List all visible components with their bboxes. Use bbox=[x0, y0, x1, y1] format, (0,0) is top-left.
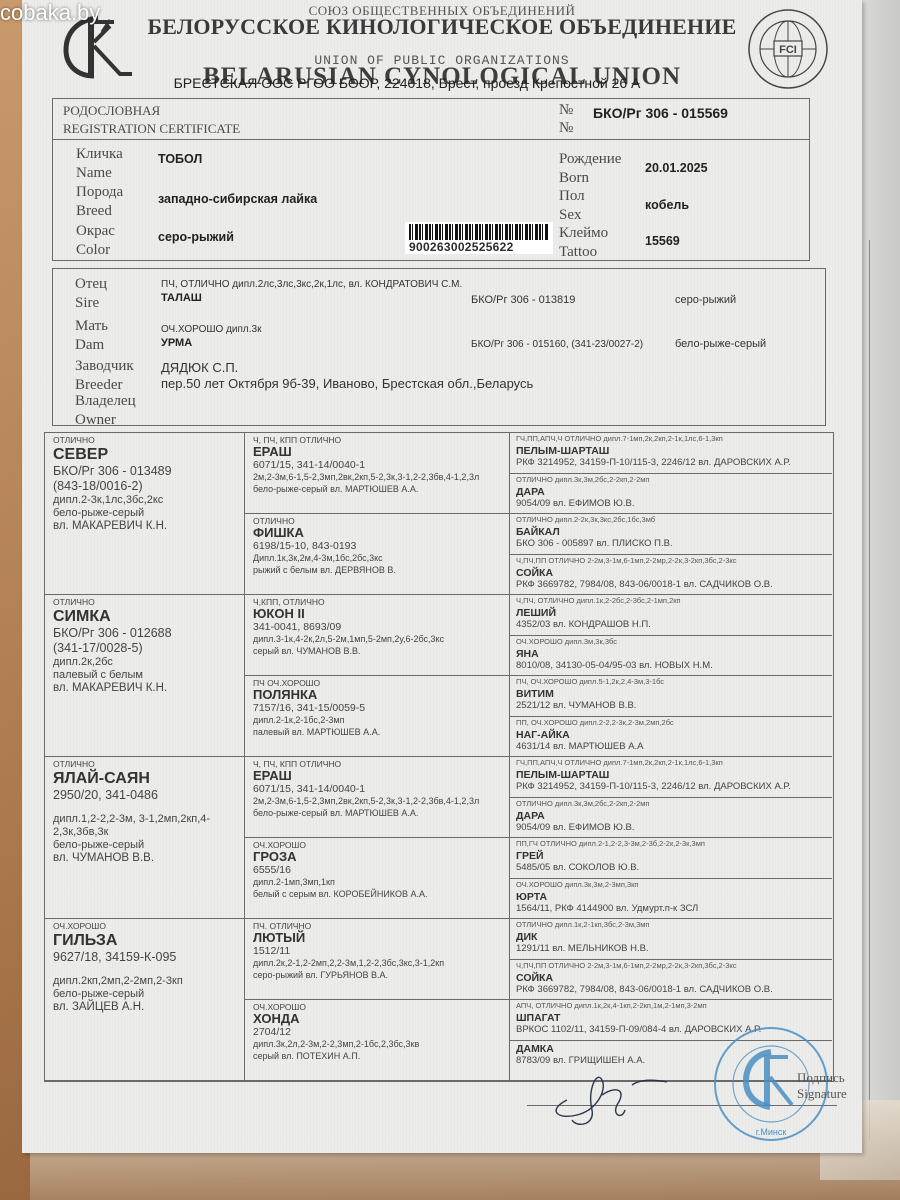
pedigree-gen2-cell: Ч,КПП, ОТЛИЧНО ЮКОН II 341-0041, 8693/09… bbox=[245, 595, 510, 676]
dog-registration-owner: 9054/09 вл. ЕФИМОВ Ю.В. bbox=[516, 822, 826, 833]
dog-diplomas: дипл.3к,2л,2-3м,2-2,3мп,2-1бс,2,3бс,3кв bbox=[253, 1038, 501, 1050]
dog-name: ЕРАШ bbox=[253, 769, 501, 783]
dog-titles: ОЧ.ХОРОШО дипл.3м,3к,3бс bbox=[516, 637, 826, 647]
dog-color-owner: белый с серым вл. КОРОБЕЙНИКОВ А.А. bbox=[253, 888, 501, 900]
dog-name: ЮРТА bbox=[516, 891, 826, 903]
dog-titles: ПЧ, ОЧ.ХОРОШО дипл.5-1,2к,2,4-3м,3-1бс bbox=[516, 677, 826, 687]
dog-color-owner: серый вл. ПОТЕХИН А.П. bbox=[253, 1050, 501, 1062]
dog-color-owner: серый вл. ЧУМАНОВ В.В. bbox=[253, 645, 501, 657]
dog-diplomas: дипл.2-1к,2-1бс,2-3мп bbox=[253, 714, 501, 726]
dog-registration: 6071/15, 341-14/0040-1 bbox=[253, 783, 501, 795]
dog-titles: ОТЛИЧНО дипл.2-2к,3к,3кс,2бс,1бс,3мб bbox=[516, 515, 826, 525]
dog-titles: ОЧ.ХОРОШО bbox=[53, 921, 236, 931]
dam-name: УРМА bbox=[161, 337, 192, 349]
dog-registration-owner: РКФ 3669782, 7984/08, 843-06/0018-1 вл. … bbox=[516, 984, 826, 995]
dog-registration-owner: РКФ 3669782, 7984/08, 843-06/0018-1 вл. … bbox=[516, 579, 826, 590]
dog-name: ГРЕЙ bbox=[516, 850, 826, 862]
dog-diplomas: дипл.2к,2-1,2-2мп,2,2-3м,1,2-2,3бс,3кс,3… bbox=[253, 957, 501, 969]
dog-registration-owner: 1564/11, РКФ 4144900 вл. Удмурт.п-к ЗСЛ bbox=[516, 903, 826, 914]
pedigree-gen3-cell: ГЧ,ПП,АПЧ,Ч ОТЛИЧНО дипл.7-1мп,2к,2кп,2-… bbox=[510, 757, 832, 798]
pedigree-gen3-cell: ПП, ОЧ.ХОРОШО дипл.2-2,2-3к,2-3м,2мп,2бс… bbox=[510, 717, 832, 758]
pedigree-gen3-cell: ОТЛИЧНО дипл.1к,2-1кп,3бс,2-3м,3мп ДИК 1… bbox=[510, 919, 832, 960]
certificate-title-box: РОДОСЛОВНАЯ REGISTRATION CERTIFICATE № №… bbox=[52, 98, 810, 140]
dog-registration: 6198/15-10, 843-0193 bbox=[253, 540, 501, 552]
dam-registration: БКО/Рг 306 - 015160, (341-23/0027-2) bbox=[471, 339, 643, 350]
pedigree-gen2-cell: Ч, ПЧ, КПП ОТЛИЧНО ЕРАШ 6071/15, 341-14/… bbox=[245, 757, 510, 838]
dog-registration-owner: РКФ 3214952, 34159-П-10/115-3, 2246/12 в… bbox=[516, 457, 826, 468]
dog-registration-owner: БКО 306 - 005897 вл. ПЛИСКО П.В. bbox=[516, 538, 826, 549]
dog-registration: 2950/20, 341-0486 bbox=[53, 788, 236, 803]
dog-name: СЕВЕР bbox=[53, 446, 236, 464]
dog-name: ФИШКА bbox=[253, 526, 501, 540]
dog-registration-owner: 9054/09 вл. ЕФИМОВ Ю.В. bbox=[516, 498, 826, 509]
pedigree-gen1-cell: ОТЛИЧНО СЕВЕР БКО/Рг 306 - 013489 (843-1… bbox=[45, 433, 245, 595]
certificate-number: БКО/Рг 306 - 015569 bbox=[593, 105, 728, 121]
dog-diplomas: дипл.2к,2бс bbox=[53, 656, 236, 669]
pedigree-gen3-cell: ОТЛИЧНО дипл.2-2к,3к,3кс,2бс,1бс,3мб БАЙ… bbox=[510, 514, 832, 555]
dog-registration-owner: РКФ 3214952, 34159-П-10/115-3, 2246/12 в… bbox=[516, 781, 826, 792]
pedigree-table: ОТЛИЧНО СЕВЕР БКО/Рг 306 - 013489 (843-1… bbox=[44, 432, 834, 1082]
pedigree-gen3-cell: Ч,ПЧ, ОТЛИЧНО дипл.1к,2-2бс,2-3бс,2-1мп,… bbox=[510, 595, 832, 636]
pedigree-gen1-cell: ОЧ.ХОРОШО ГИЛЬЗА 9627/18, 34159-К-095 ди… bbox=[45, 919, 245, 1081]
pedigree-gen3-cell: ГЧ,ПП,АПЧ,Ч ОТЛИЧНО дипл.7-1мп,2к,2кп,2-… bbox=[510, 433, 832, 474]
signature-label: ПодписьSignature bbox=[797, 1070, 847, 1102]
dog-name: ДИК bbox=[516, 931, 826, 943]
sire-label: ОтецSire bbox=[75, 275, 107, 313]
dog-sex: кобель bbox=[645, 198, 689, 212]
dog-color-owner: рыжий с белым вл. ДЕРВЯНОВ В. bbox=[253, 564, 501, 576]
organization-address: БРЕСТСКАЯ ООС РГОО БООР, 224018, Брест, … bbox=[107, 75, 707, 91]
pedigree-gen3-cell: Ч,ПЧ,ПП ОТЛИЧНО 2-2м,3-1м,6-1мп,2-2мр,2-… bbox=[510, 555, 832, 596]
dog-registration-owner: 5485/05 вл. СОКОЛОВ Ю.В. bbox=[516, 862, 826, 873]
dog-name: ВИТИМ bbox=[516, 688, 826, 700]
dog-registration-owner: 4631/14 вл. МАРТЮШЕВ А.А bbox=[516, 741, 826, 752]
dog-name: ДАРА bbox=[516, 486, 826, 498]
dog-registration: 6071/15, 341-14/0040-1 bbox=[253, 459, 501, 471]
dog-color: бело-рыже-серый bbox=[53, 839, 236, 852]
pedigree-gen2-cell: ОЧ.ХОРОШО ГРОЗА 6555/16 дипл.2-1мп,3мп,1… bbox=[245, 838, 510, 919]
pedigree-gen2-cell: ПЧ ОЧ.ХОРОШО ПОЛЯНКА 7157/16, 341-15/005… bbox=[245, 676, 510, 757]
dog-tattoo: 15569 bbox=[645, 234, 680, 248]
number-label-en: № bbox=[559, 119, 573, 138]
pedigree-gen3-cell: ПЧ, ОЧ.ХОРОШО дипл.5-1,2к,2,4-3м,3-1бс В… bbox=[510, 676, 832, 717]
dog-name: ТОБОЛ bbox=[158, 152, 202, 166]
dog-name: ПЕЛЫМ-ШАРТАШ bbox=[516, 445, 826, 457]
breeder-address: пер.50 лет Октября 9б-39, Иваново, Брест… bbox=[161, 376, 533, 392]
dog-name: ДАРА bbox=[516, 810, 826, 822]
chip-number: 900263002525622 bbox=[409, 240, 549, 254]
dam-color: бело-рыже-серый bbox=[675, 338, 766, 350]
dog-titles: ОТЛИЧНО bbox=[53, 597, 236, 607]
dog-titles: ОТЛИЧНО bbox=[53, 435, 236, 445]
dog-name: ЯЛАЙ-САЯН bbox=[53, 770, 236, 788]
pedigree-gen3-cell: ПП,ГЧ ОТЛИЧНО дипл.2-1,2-2,3-3м,2-3б,2-2… bbox=[510, 838, 832, 879]
dog-titles: ОТЛИЧНО bbox=[53, 759, 236, 769]
dog-name: СОЙКА bbox=[516, 567, 826, 579]
dog-titles: ОТЛИЧНО дипл.1к,2-1кп,3бс,2-3м,3мп bbox=[516, 920, 826, 930]
dog-owner: вл. ЗАЙЦЕВ А.Н. bbox=[53, 1001, 236, 1014]
dog-registration-owner: 1291/11 вл. МЕЛЬНИКОВ Н.В. bbox=[516, 943, 826, 954]
parents-box: ОтецSire ПЧ, ОТЛИЧНО дипл.2лс,3лс,3кс,2к… bbox=[52, 268, 826, 426]
pedigree-gen3-cell: ОЧ.ХОРОШО дипл.3к,3м,2-3мп,3кп ЮРТА 1564… bbox=[510, 879, 832, 920]
dog-registration-owner: 4352/03 вл. КОНДРАШОВ Н.П. bbox=[516, 619, 826, 630]
dog-owner: вл. МАКАРЕВИЧ К.Н. bbox=[53, 520, 236, 533]
pedigree-gen1-cell: ОТЛИЧНО ЯЛАЙ-САЯН 2950/20, 341-0486 дипл… bbox=[45, 757, 245, 919]
color-label: ОкрасColor bbox=[76, 222, 115, 260]
pedigree-gen3-cell: ОТЛИЧНО дипл.3к,3м,2бс,2-2кп,2-2мп ДАРА … bbox=[510, 798, 832, 839]
dog-titles: ГЧ,ПП,АПЧ,Ч ОТЛИЧНО дипл.7-1мп,2к,2кп,2-… bbox=[516, 434, 826, 444]
sex-label: ПолSex bbox=[559, 187, 585, 225]
chip-barcode: 900263002525622 bbox=[405, 222, 553, 254]
dog-registration: БКО/Рг 306 - 012688 bbox=[53, 626, 236, 641]
dog-titles: ПП,ГЧ ОТЛИЧНО дипл.2-1,2-2,3-3м,2-3б,2-2… bbox=[516, 839, 826, 849]
dog-registration: 7157/16, 341-15/0059-5 bbox=[253, 702, 501, 714]
sire-titles: ПЧ, ОТЛИЧНО дипл.2лс,3лс,3кс,2к,1лс, вл.… bbox=[161, 279, 462, 290]
dog-registration: 9627/18, 34159-К-095 bbox=[53, 950, 236, 965]
number-label: № bbox=[559, 101, 573, 120]
dog-name: ПЕЛЫМ-ШАРТАШ bbox=[516, 769, 826, 781]
dog-info-box: КличкаName ТОБОЛ ПородаBreed западно-сиб… bbox=[52, 139, 810, 261]
dog-name: СИМКА bbox=[53, 608, 236, 626]
pedigree-gen2-cell: ОТЛИЧНО ФИШКА 6198/15-10, 843-0193 Дипл.… bbox=[245, 514, 510, 595]
dog-registration-owner: 8010/08, 34130-05-04/95-03 вл. НОВЫХ Н.М… bbox=[516, 660, 826, 671]
dog-name: ГИЛЬЗА bbox=[53, 932, 236, 950]
dog-name: ЛЕШИЙ bbox=[516, 607, 826, 619]
dog-titles: ОТЛИЧНО дипл.3к,3м,2бс,2-2кп,2-2мп bbox=[516, 799, 826, 809]
dog-registration: 6555/16 bbox=[253, 864, 501, 876]
dog-registration-owner: 2521/12 вл. ЧУМАНОВ В.В. bbox=[516, 700, 826, 711]
dog-registration: 341-0041, 8693/09 bbox=[253, 621, 501, 633]
dog-titles: ПП, ОЧ.ХОРОШО дипл.2-2,2-3к,2-3м,2мп,2бс bbox=[516, 718, 826, 728]
dog-registration: БКО/Рг 306 - 013489 bbox=[53, 464, 236, 479]
dam-titles: ОЧ.ХОРОШО дипл.3к bbox=[161, 324, 261, 335]
dog-registration: 1512/11 bbox=[253, 945, 501, 957]
dog-color: серо-рыжий bbox=[158, 230, 234, 244]
sire-color: серо-рыжий bbox=[675, 294, 736, 306]
dog-owner: вл. МАКАРЕВИЧ К.Н. bbox=[53, 682, 236, 695]
owner-label: ВладелецOwner bbox=[75, 392, 136, 430]
dog-name: СОЙКА bbox=[516, 972, 826, 984]
breeder-name: ДЯДЮК С.П. bbox=[161, 360, 533, 376]
dog-titles: ОТЛИЧНО дипл.3к,3м,2бс,2-2кп,2-2мп bbox=[516, 475, 826, 485]
certificate-title-en: REGISTRATION CERTIFICATE bbox=[63, 119, 240, 138]
dog-diplomas: дипл.2кп,2мп,2-2мп,2-3кп bbox=[53, 975, 236, 988]
pedigree-gen3-cell: ОЧ.ХОРОШО дипл.3м,3к,3бс ЯНА 8010/08, 34… bbox=[510, 636, 832, 677]
dog-color-owner: палевый вл. МАРТЮШЕВ А.А. bbox=[253, 726, 501, 738]
dog-registration-alt: (341-17/0028-5) bbox=[53, 641, 236, 656]
dog-diplomas: дипл.2-3к,1лс,3бс,2кс bbox=[53, 494, 236, 507]
sire-name: ТАЛАШ bbox=[161, 292, 202, 304]
dog-titles: ОЧ.ХОРОШО дипл.3к,3м,2-3мп,3кп bbox=[516, 880, 826, 890]
barcode-bars bbox=[409, 224, 549, 240]
dog-name: ПОЛЯНКА bbox=[253, 688, 501, 702]
pedigree-gen3-cell: ОТЛИЧНО дипл.3к,3м,2бс,2-2кп,2-2мп ДАРА … bbox=[510, 474, 832, 515]
svg-text:г.Минск: г.Минск bbox=[756, 1127, 787, 1137]
watermark: cobaka.by bbox=[0, 0, 100, 26]
dog-name: ГРОЗА bbox=[253, 850, 501, 864]
pedigree-gen2-cell: ОЧ.ХОРОШО ХОНДА 2704/12 дипл.3к,2л,2-3м,… bbox=[245, 1000, 510, 1081]
certificate-title-ru: РОДОСЛОВНАЯ bbox=[63, 101, 160, 120]
dog-name: ХОНДА bbox=[253, 1012, 501, 1026]
dog-color: бело-рыже-серый bbox=[53, 507, 236, 520]
dog-registration-alt: (843-18/0016-2) bbox=[53, 479, 236, 494]
organization-name-ru: БЕЛОРУССКОЕ КИНОЛОГИЧЕСКОЕ ОБЪЕДИНЕНИЕ bbox=[22, 14, 862, 40]
pedigree-gen2-cell: ПЧ. ОТЛИЧНО ЛЮТЫЙ 1512/11 дипл.2к,2-1,2-… bbox=[245, 919, 510, 1000]
tattoo-label: КлеймоTattoo bbox=[559, 224, 608, 262]
dog-name: ЕРАШ bbox=[253, 445, 501, 459]
dog-name: ЯНА bbox=[516, 648, 826, 660]
dog-name: ЮКОН II bbox=[253, 607, 501, 621]
dog-diplomas: 2м,2-3м,6-1,5-2,3мп,2вк,2кп,5-2,3к,3-1,2… bbox=[253, 795, 501, 807]
dog-titles: АПЧ, ОТЛИЧНО дипл.1к,2к,4-1кп,2-2кп,1м,2… bbox=[516, 1001, 826, 1011]
breeder-label: ЗаводчикBreeder bbox=[75, 357, 134, 395]
breeder-info: ДЯДЮК С.П. пер.50 лет Октября 9б-39, Ива… bbox=[161, 360, 533, 392]
dog-breed: западно-сибирская лайка bbox=[158, 192, 317, 206]
dog-diplomas: 2м,2-3м,6-1,5-2,3мп,2вк,2кп,5-2,3к,3-1,2… bbox=[253, 471, 501, 483]
dog-titles: ГЧ,ПП,АПЧ,Ч ОТЛИЧНО дипл.7-1мп,2к,2кп,2-… bbox=[516, 758, 826, 768]
dog-diplomas: дипл.2-1мп,3мп,1кп bbox=[253, 876, 501, 888]
dog-name: ШПАГАТ bbox=[516, 1012, 826, 1024]
dog-diplomas: дипл.1,2-2,2-3м, 3-1,2мп,2кп,4-2,3к,3бв,… bbox=[53, 813, 236, 839]
dam-label: МатьDam bbox=[75, 317, 108, 355]
dog-color-owner: бело-рыже-серый вл. МАРТЮШЕВ А.А. bbox=[253, 483, 501, 495]
dog-titles: Ч,ПЧ,ПП ОТЛИЧНО 2-2м,3-1м,6-1мп,2-2мр,2-… bbox=[516, 961, 826, 971]
dog-color: бело-рыже-серый bbox=[53, 988, 236, 1001]
dog-color-owner: серо-рыжий вл. ГУРЬЯНОВ В.А. bbox=[253, 969, 501, 981]
pedigree-gen3-cell: Ч,ПЧ,ПП ОТЛИЧНО 2-2м,3-1м,6-1мп,2-2мр,2-… bbox=[510, 960, 832, 1001]
dog-name: БАЙКАЛ bbox=[516, 526, 826, 538]
dog-diplomas: дипл.3-1к,4-2к,2л,5-2м,1мп,5-2мп,2у,6-2б… bbox=[253, 633, 501, 645]
pedigree-gen1-cell: ОТЛИЧНО СИМКА БКО/Рг 306 - 012688 (341-1… bbox=[45, 595, 245, 757]
dog-color-owner: бело-рыже-серый вл. МАРТЮШЕВ А.А. bbox=[253, 807, 501, 819]
pedigree-certificate: FCI СОЮЗ ОБЩЕСТВЕННЫХ ОБЪЕДИНЕНИЙ БЕЛОРУ… bbox=[22, 0, 862, 1153]
dog-born-date: 20.01.2025 bbox=[645, 161, 708, 175]
dog-name: НАГ-АЙКА bbox=[516, 729, 826, 741]
sire-registration: БКО/Рг 306 - 013819 bbox=[471, 294, 575, 306]
pedigree-gen2-cell: Ч, ПЧ, КПП ОТЛИЧНО ЕРАШ 6071/15, 341-14/… bbox=[245, 433, 510, 514]
dog-name: ЛЮТЫЙ bbox=[253, 931, 501, 945]
signature-scribble bbox=[547, 1070, 677, 1130]
dog-titles: Ч,ПЧ, ОТЛИЧНО дипл.1к,2-2бс,2-3бс,2-1мп,… bbox=[516, 596, 826, 606]
dog-diplomas: Дипл.1к,3к,2м,4-3м,1бс,2бс,3кс bbox=[253, 552, 501, 564]
dog-color: палевый с белым bbox=[53, 669, 236, 682]
dog-titles: Ч,ПЧ,ПП ОТЛИЧНО 2-2м,3-1м,6-1мп,2-2мр,2-… bbox=[516, 556, 826, 566]
name-label: КличкаName bbox=[76, 145, 123, 183]
breed-label: ПородаBreed bbox=[76, 183, 123, 221]
born-label: РождениеBorn bbox=[559, 150, 621, 188]
dog-owner: вл. ЧУМАНОВ В.В. bbox=[53, 852, 236, 865]
dog-registration: 2704/12 bbox=[253, 1026, 501, 1038]
